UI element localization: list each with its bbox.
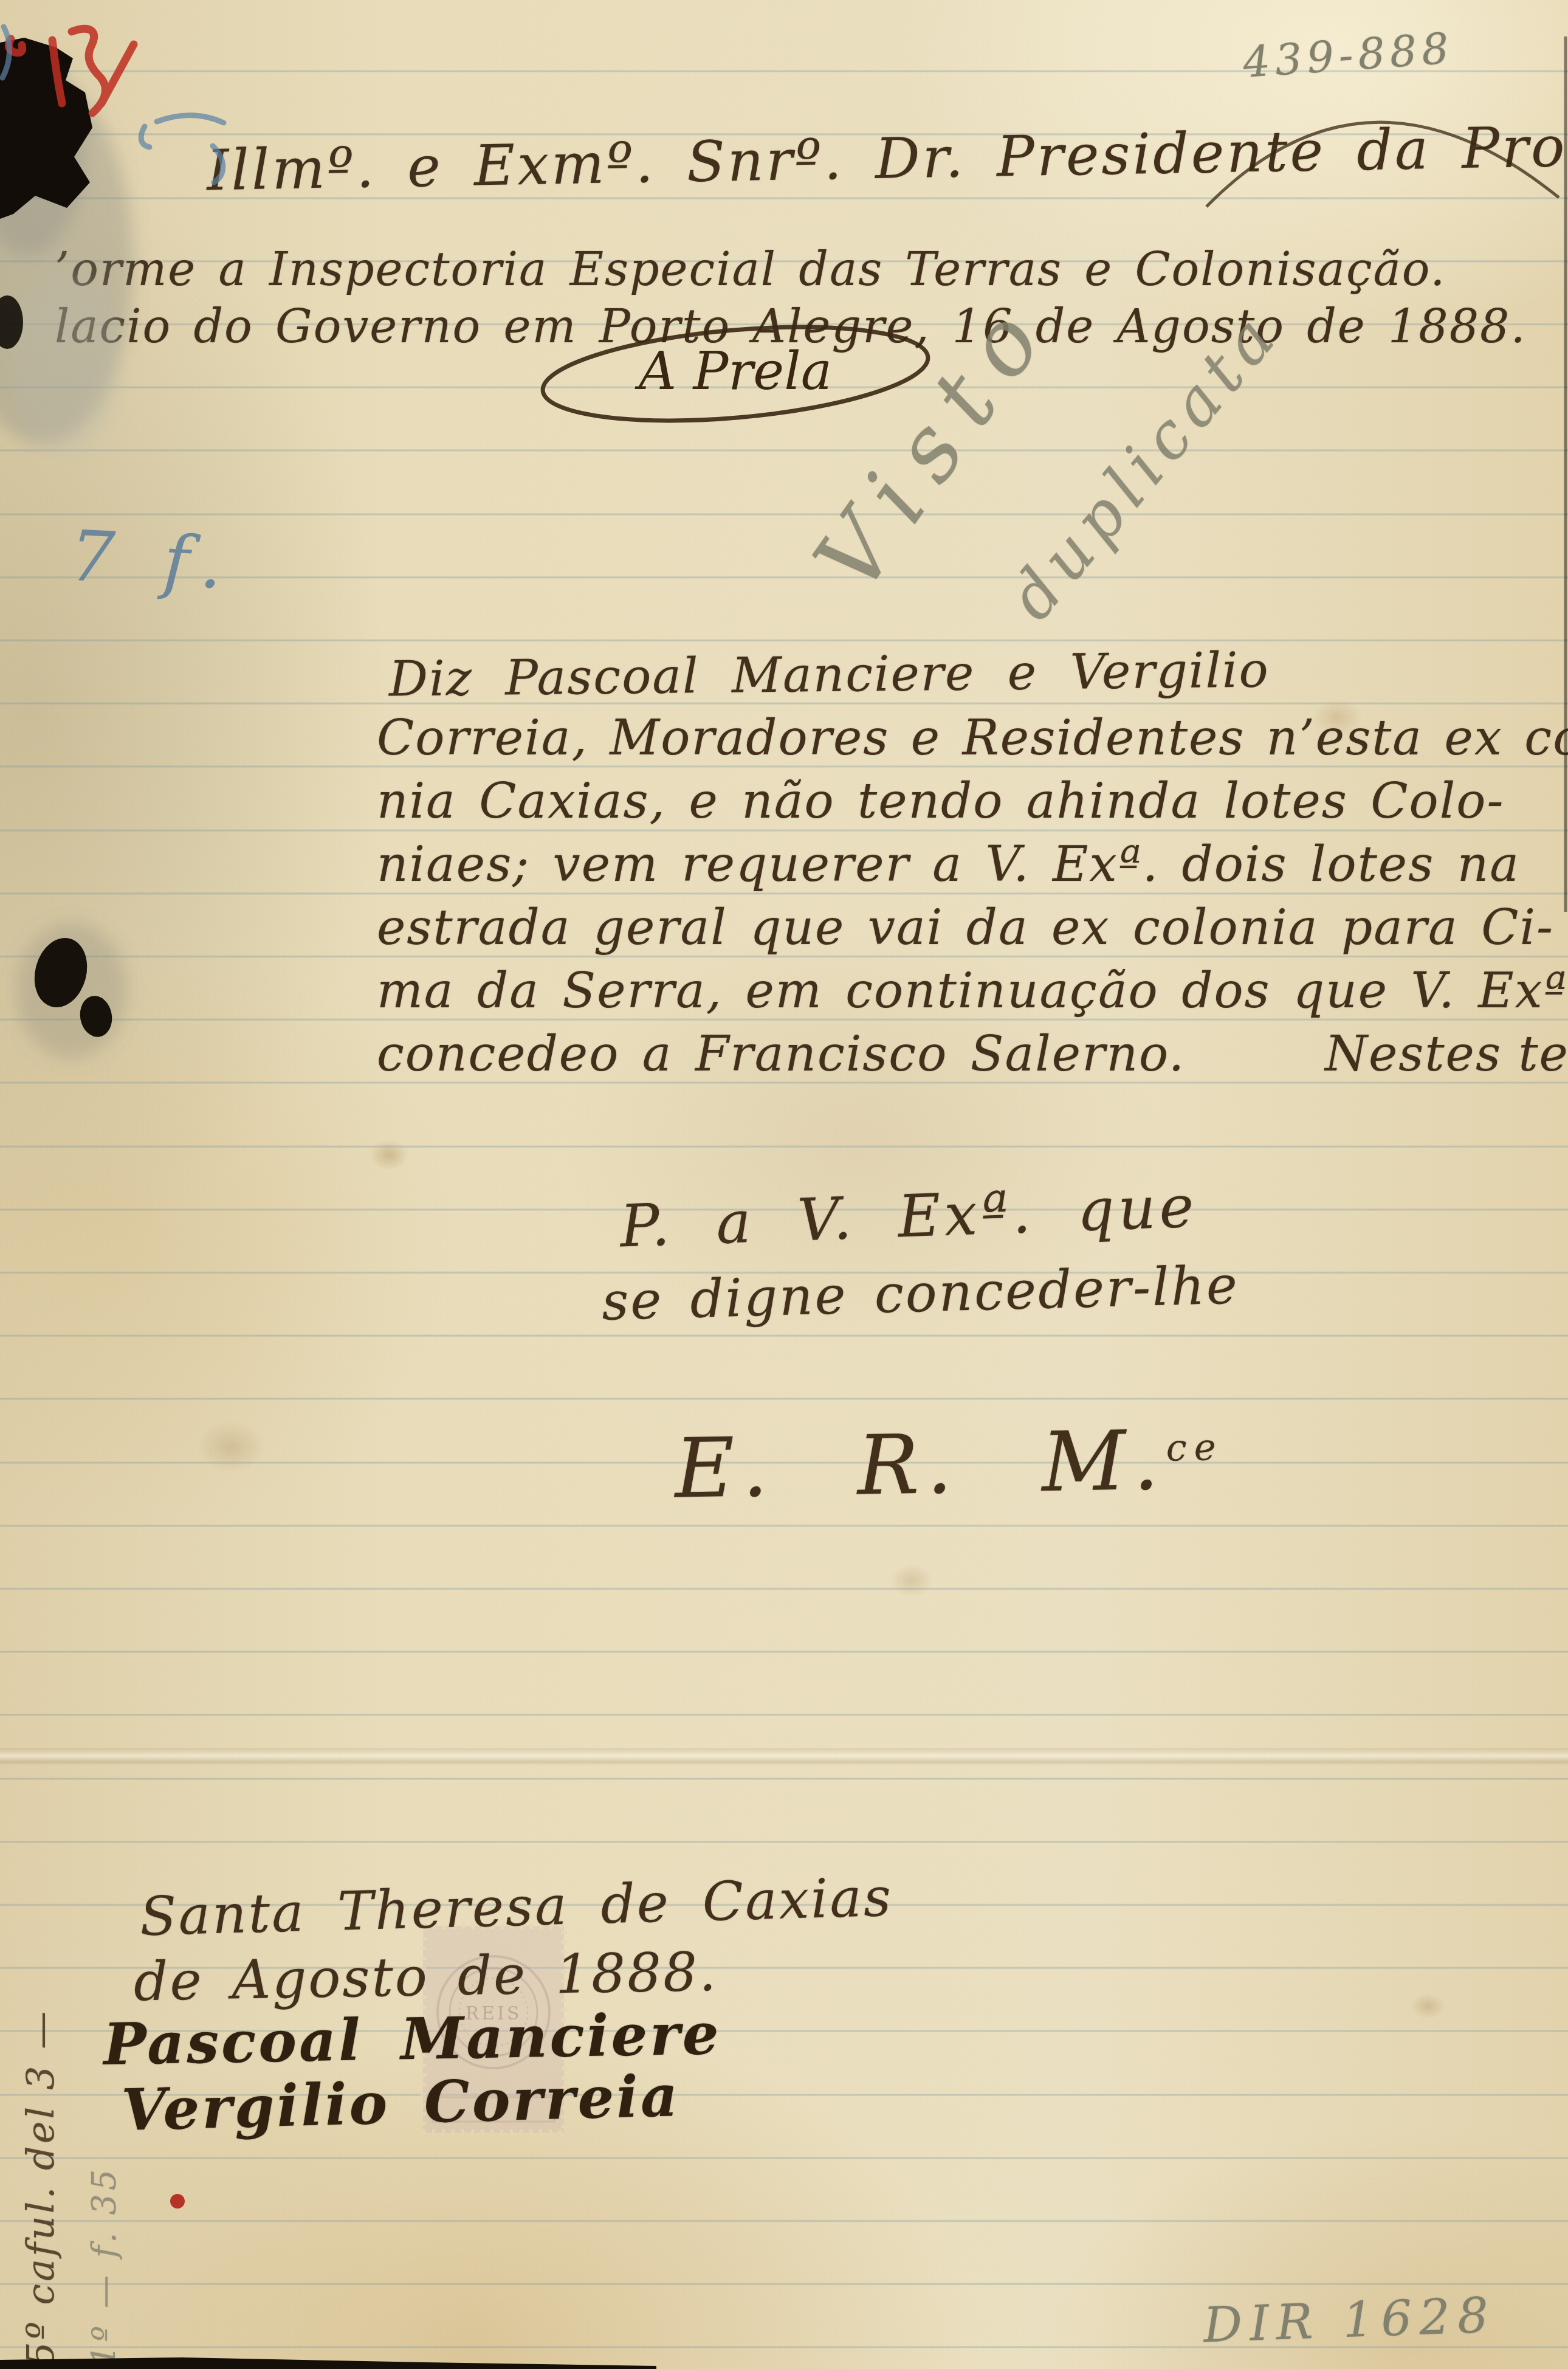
body-line-7-right: Nestes termos xyxy=(1325,1026,1568,1082)
body-line-5: estrada geral que vai da ex colonia para… xyxy=(377,899,1554,956)
body-line-7: concedeo a Francisco Salerno. Nestes ter… xyxy=(377,1026,1568,1082)
red-dot xyxy=(170,2194,185,2209)
closing-line-1: P. a V. Exª. que xyxy=(619,1172,1198,1260)
document-page: 439-888 Illmº. e Exmº. Snrº. Dr. Preside… xyxy=(0,0,1568,2369)
body-line-3: nia Caxias, e não tendo ahinda lotes Col… xyxy=(377,773,1504,829)
marginalia-vertical-2: 1º — f. 35 xyxy=(85,2166,123,2366)
signature-place: Santa Theresa de Caxias xyxy=(139,1866,893,1948)
erm-main: E. R. M. xyxy=(674,1413,1167,1517)
signature-vergilio: Vergilio Correia xyxy=(121,2063,681,2144)
erm-superscript: ce xyxy=(1166,1426,1223,1470)
body-line-7-left: concedeo a Francisco Salerno. xyxy=(377,1026,1185,1082)
body-line-1: Diz Pascoal Manciere e Vergilio xyxy=(389,641,1270,707)
blue-margin-note: 7 f. xyxy=(68,516,238,605)
torn-corner-top-left xyxy=(0,38,92,219)
body-line-4: niaes; vem requerer a V. Exª. dois lotes… xyxy=(377,836,1520,892)
torn-edge-spot-upper xyxy=(0,295,23,349)
header-address-line: Illmº. e Exmº. Snrº. Dr. Presidente da P… xyxy=(206,111,1568,203)
red-crayon-marks xyxy=(9,29,134,113)
blue-crayon-marks xyxy=(2,27,224,182)
body-line-2: Correia, Moradores e Residentes n’esta e… xyxy=(377,709,1568,766)
dir-code-note: DIR 1628 xyxy=(1203,2287,1497,2354)
closing-line-2: se digne conceder-lhe xyxy=(601,1255,1240,1332)
marginalia-vertical-1: 5º caful. del 3 — xyxy=(18,2009,63,2366)
erm-formula: E. R. M.ce xyxy=(674,1412,1225,1517)
header-forward-line: ’orme a Inspectoria Especial das Terras … xyxy=(55,242,1446,296)
rubric-signature: A Prela xyxy=(535,316,936,429)
torn-spot-mid-left xyxy=(16,923,128,1059)
body-line-6: ma da Serra, em continuação dos que V. E… xyxy=(377,962,1568,1019)
fold-crease xyxy=(0,1748,1568,1765)
rubric-text: A Prela xyxy=(634,341,832,402)
file-number-note: 439-888 xyxy=(1242,23,1456,88)
